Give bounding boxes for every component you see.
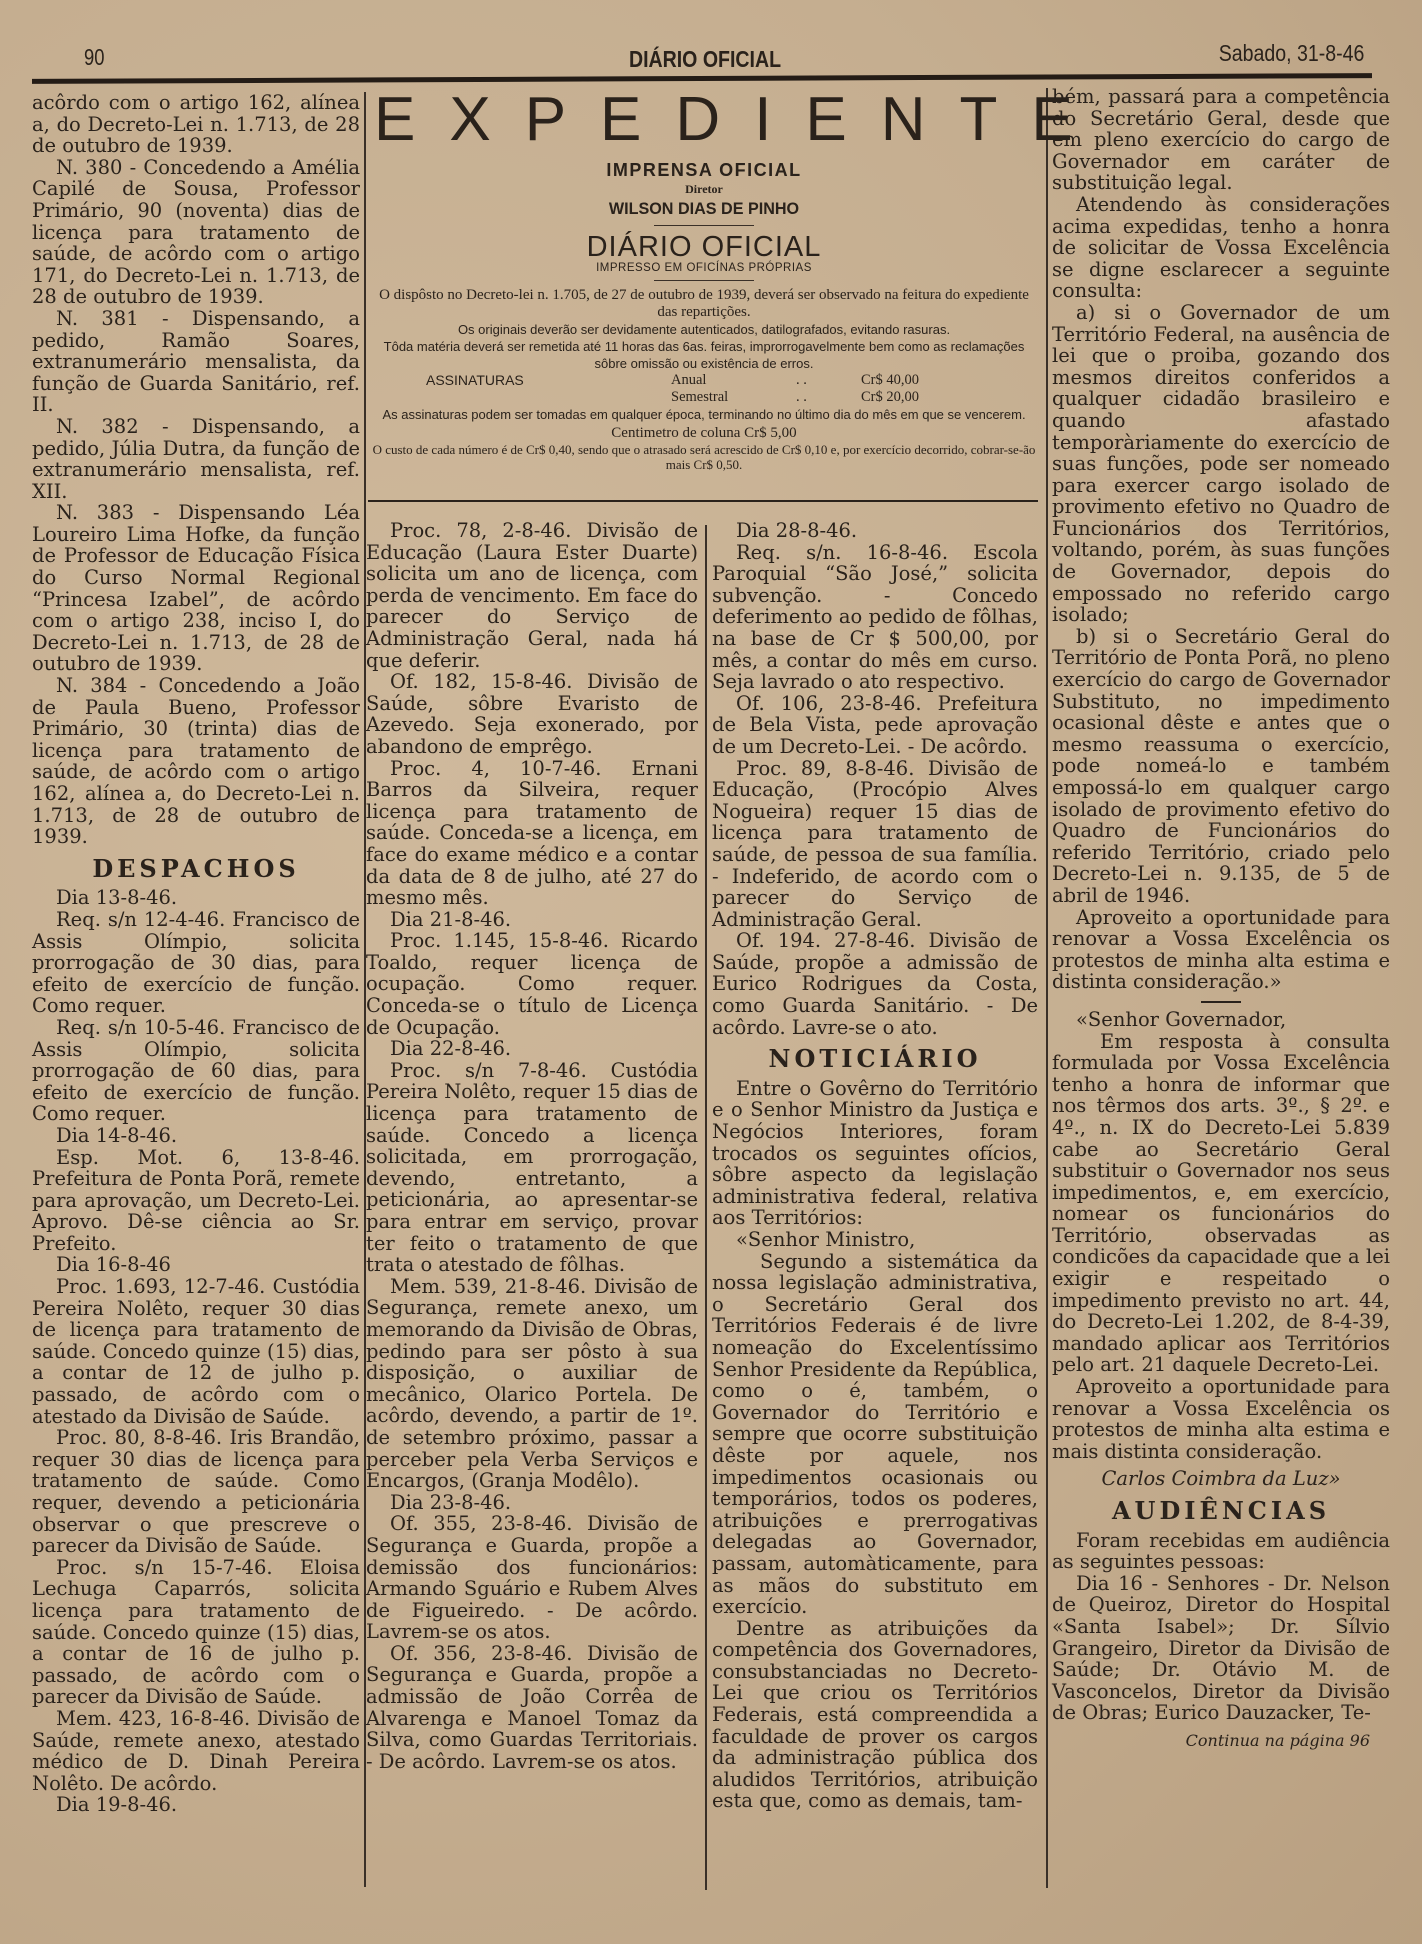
date-line: Dia 14-8-46. [32,1125,360,1147]
column-2: Proc. 78, 2-8-46. Divisão de Educação (L… [366,520,698,1772]
newspaper-title: DIÁRIO OFICIAL [140,46,1271,73]
page-header: 90 DIÁRIO OFICIAL Sabado, 31-8-46 [40,40,1370,74]
section-heading-despachos: DESPACHOS [32,858,360,880]
subscription-row-semester: Semestral . . Cr$ 20,00 [368,389,1040,406]
continued-on-page: Continua na página 96 [1052,1730,1390,1752]
paragraph: Segundo a sistemática da nossa legislaçã… [712,1251,1038,1618]
paragraph: Aproveito a oportunidade para renovar a … [1052,1376,1390,1462]
paragraph: acôrdo com o artigo 162, alínea a, do De… [32,92,360,157]
subscription-row-annual: ASSINATURAS Anual . . Cr$ 40,00 [368,372,1040,389]
paragraph: Mem. 539, 21-8-46. Divisão de Segurança,… [366,1276,698,1492]
director-name: WILSON DIAS DE PINHO [385,199,1023,219]
paragraph: Req. s/n. 16-8-46. Escola Paroquial “São… [712,542,1038,693]
paragraph: Atendendo às considerações acima expedid… [1052,194,1390,302]
issue-date: Sabado, 31-8-46 [1218,40,1364,67]
date-line: Dia 19-8-46. [32,1794,360,1816]
expediente-title: EXPEDIENTE [374,90,1040,150]
short-rule [654,280,754,281]
notice-subscriptions: As assinaturas podem ser tomadas em qual… [368,406,1040,423]
notice-decree: O dispôsto no Decreto-lei n. 1.705, de 2… [368,287,1040,321]
paragraph: Proc. 4, 10-7-46. Ernani Barros da Silve… [366,758,698,909]
paragraph: Dia 16 - Senhores - Dr. Nelson de Queiro… [1052,1573,1390,1724]
paragraph: a) si o Governador de um Território Fede… [1052,302,1390,626]
paper-name: DIÁRIO OFICIAL [368,232,1040,262]
column-cm-price: Centimetro de coluna Cr$ 5,00 [368,425,1040,442]
paragraph: Aproveito a oportunidade para renovar a … [1052,907,1390,993]
paragraph: bém, passará para a competência do Secre… [1052,86,1390,194]
date-line: Dia 21-8-46. [366,909,698,931]
paragraph: Req. s/n 10-5-46. Francisco de Assis Olí… [32,1017,360,1125]
press-name: IMPRENSA OFICIAL [368,160,1040,181]
paragraph: Req. s/n 12-4-46. Francisco de Assis Olí… [32,909,360,1017]
paragraph: N. 383 - Dispensando Léa Loureiro Lima H… [32,502,360,675]
column-1: acôrdo com o artigo 162, alínea a, do De… [32,92,360,1816]
notice-deadline: Tôda matéria deverá ser remetida até 11 … [368,338,1040,372]
paragraph: Foram recebidas em audiência as seguinte… [1052,1530,1390,1573]
paragraph: N. 382 - Dispensando, a pedido, Júlia Du… [32,416,360,502]
column-3: Dia 28-8-46. Req. s/n. 16-8-46. Escola P… [712,520,1038,1812]
paragraph: Of. 356, 23-8-46. Divisão de Segurança e… [366,1643,698,1773]
paragraph: Of. 355, 23-8-46. Divisão de Segurança e… [366,1513,698,1643]
signature: Carlos Coimbra da Luz» [1052,1468,1390,1490]
paragraph: Proc. 1.693, 12-7-46. Custódia Pereira N… [32,1276,360,1427]
subscription-dots: . . [796,389,861,406]
separator-dash [1201,1001,1241,1003]
section-heading-noticiario: NOTICIÁRIO [712,1048,1038,1070]
paragraph: Entre o Govêrno do Território e o Senhor… [712,1078,1038,1229]
paragraph: Proc. 80, 8-8-46. Iris Brandão, requer 3… [32,1427,360,1557]
paragraph: N. 384 - Concedendo a João de Paula Buen… [32,675,360,848]
column-divider [1046,88,1048,1888]
page-number: 90 [84,44,104,71]
expediente-box: EXPEDIENTE IMPRENSA OFICIAL Diretor WILS… [368,90,1040,510]
paragraph: Of. 182, 15-8-46. Divisão de Saúde, sôbr… [366,671,698,757]
date-line: Dia 16-8-46 [32,1254,360,1276]
subscription-dots: . . [796,372,861,389]
date-line: Dia 13-8-46. [32,887,360,909]
paragraph: Proc. 89, 8-8-46. Divisão de Educação, (… [712,758,1038,931]
printed-note: IMPRESSO EM OFICÍNAS PRÓPRIAS [368,262,1040,274]
letter-salutation: «Senhor Governador, [1052,1009,1390,1031]
paragraph: Of. 194. 27-8-46. Divisão de Saúde, prop… [712,930,1038,1038]
paragraph: b) si o Secretário Geral do Território d… [1052,626,1390,907]
header-rule [32,73,1372,84]
date-line: Dia 23-8-46. [366,1492,698,1514]
notice-cost: O custo de cada número é de Cr$ 0,40, se… [368,442,1040,472]
letter-salutation: «Senhor Ministro, [712,1229,1038,1251]
paragraph: N. 381 - Dispensando, a pedido, Ramão So… [32,308,360,416]
paragraph: Mem. 423, 16-8-46. Divisão de Saúde, rem… [32,1708,360,1794]
paragraph: N. 380 - Concedendo a Amélia Capilé de S… [32,157,360,308]
paragraph: Em resposta à consulta formulada por Vos… [1052,1031,1390,1377]
paragraph: Esp. Mot. 6, 13-8-46. Prefeitura de Pont… [32,1147,360,1255]
subscription-period: Anual [671,372,796,389]
expediente-bottom-rule [368,500,1038,502]
paragraph: Of. 106, 23-8-46. Prefeitura de Bela Vis… [712,693,1038,758]
paragraph: Dentre as atribuições da competência dos… [712,1618,1038,1812]
section-heading-audiencias: AUDIÊNCIAS [1052,1500,1390,1522]
paragraph: Proc. 1.145, 15-8-46. Ricardo Toaldo, re… [366,930,698,1038]
subscription-price: Cr$ 40,00 [861,372,919,389]
paragraph: Proc. s/n 7-8-46. Custódia Pereira Nolêt… [366,1060,698,1276]
short-rule [654,225,754,226]
date-line: Dia 22-8-46. [366,1038,698,1060]
notice-originals: Os originais deverão ser devidamente aut… [368,321,1040,338]
paragraph: Proc. s/n 15-7-46. Eloisa Lechuga Caparr… [32,1557,360,1708]
date-line: Dia 28-8-46. [712,520,1038,542]
subscription-price: Cr$ 20,00 [861,389,919,406]
paragraph: Proc. 78, 2-8-46. Divisão de Educação (L… [366,520,698,671]
subscriptions-label: ASSINATURAS [368,372,671,389]
column-divider [705,525,707,1890]
column-4: bém, passará para a competência do Secre… [1052,86,1390,1752]
director-label: Diretor [368,182,1040,197]
subscription-period: Semestral [671,389,796,406]
